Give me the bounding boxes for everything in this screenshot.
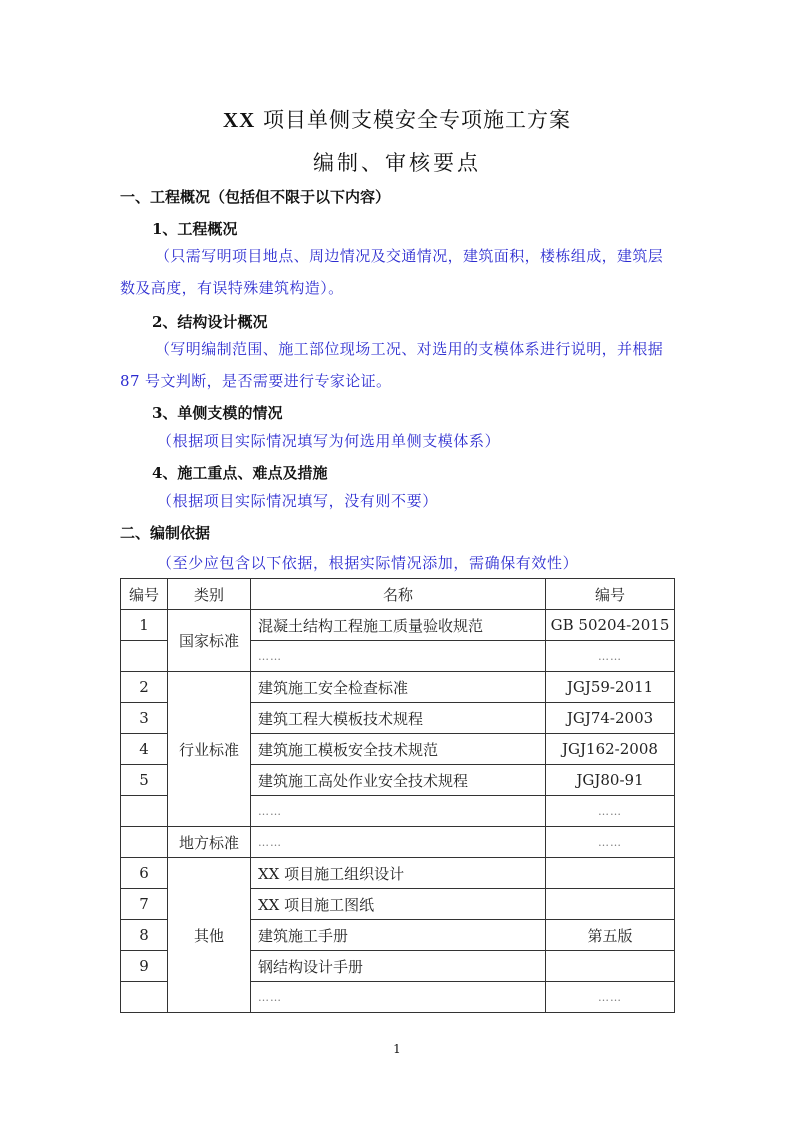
row-no: 2 bbox=[121, 672, 168, 703]
item4-note: （根据项目实际情况填写，没有则不要） bbox=[157, 490, 438, 511]
row-code: JGJ162-2008 bbox=[546, 734, 675, 765]
row-name: …… bbox=[251, 796, 546, 827]
basis-table: 编号 类别 名称 编号 1 国家标准 混凝土结构工程施工质量验收规范 GB 50… bbox=[120, 578, 675, 1013]
table-row: 6 其他 XX 项目施工组织设计 bbox=[121, 858, 675, 889]
row-no: 7 bbox=[121, 889, 168, 920]
row-code: 第五版 bbox=[546, 920, 675, 951]
item3-heading: 3、单侧支模的情况 bbox=[152, 402, 282, 423]
document-subtitle: 编制、审核要点 bbox=[0, 147, 794, 177]
row-name: …… bbox=[251, 982, 546, 1013]
row-no: 3 bbox=[121, 703, 168, 734]
row-code bbox=[546, 951, 675, 982]
row-no: 4 bbox=[121, 734, 168, 765]
table-row: 1 国家标准 混凝土结构工程施工质量验收规范 GB 50204-2015 bbox=[121, 610, 675, 641]
title-prefix: XX bbox=[223, 108, 255, 132]
row-name: 混凝土结构工程施工质量验收规范 bbox=[251, 610, 546, 641]
table-row: 2 行业标准 建筑施工安全检查标准 JGJ59-2011 bbox=[121, 672, 675, 703]
row-no: 8 bbox=[121, 920, 168, 951]
table-header-row: 编号 类别 名称 编号 bbox=[121, 579, 675, 610]
row-name: 建筑施工安全检查标准 bbox=[251, 672, 546, 703]
item2-note: （写明编制范围、施工部位现场工况、对选用的支模体系进行说明，并根据87 号文判断… bbox=[120, 333, 676, 397]
page-number: 1 bbox=[0, 1042, 794, 1056]
row-code: JGJ80-91 bbox=[546, 765, 675, 796]
item1-note: （只需写明项目地点、周边情况及交通情况，建筑面积，楼栋组成，建筑层数及高度，有误… bbox=[120, 240, 676, 304]
item2-heading: 2、结构设计概况 bbox=[152, 311, 267, 332]
header-category: 类别 bbox=[168, 579, 251, 610]
row-code: …… bbox=[546, 796, 675, 827]
row-name: XX 项目施工图纸 bbox=[251, 889, 546, 920]
document-title: XX 项目单侧支模安全专项施工方案 bbox=[0, 104, 794, 134]
row-code bbox=[546, 889, 675, 920]
row-no: 6 bbox=[121, 858, 168, 889]
row-name: 建筑施工模板安全技术规范 bbox=[251, 734, 546, 765]
row-no bbox=[121, 796, 168, 827]
row-code: …… bbox=[546, 641, 675, 672]
section2-heading: 二、编制依据 bbox=[120, 522, 210, 543]
row-code: JGJ74-2003 bbox=[546, 703, 675, 734]
header-name: 名称 bbox=[251, 579, 546, 610]
item1-heading: 1、工程概况 bbox=[152, 218, 237, 239]
header-no: 编号 bbox=[121, 579, 168, 610]
section2-note: （至少应包含以下依据，根据实际情况添加，需确保有效性） bbox=[157, 552, 578, 573]
row-code: …… bbox=[546, 827, 675, 858]
section1-heading: 一、工程概况（包括但不限于以下内容） bbox=[120, 186, 390, 207]
row-name: XX 项目施工组织设计 bbox=[251, 858, 546, 889]
row-code bbox=[546, 858, 675, 889]
row-no bbox=[121, 827, 168, 858]
row-code: …… bbox=[546, 982, 675, 1013]
row-name: 建筑工程大模板技术规程 bbox=[251, 703, 546, 734]
category-industry: 行业标准 bbox=[168, 672, 251, 827]
row-name: 建筑施工手册 bbox=[251, 920, 546, 951]
row-no: 1 bbox=[121, 610, 168, 641]
row-no: 5 bbox=[121, 765, 168, 796]
row-no: 9 bbox=[121, 951, 168, 982]
title-text: 项目单侧支模安全专项施工方案 bbox=[255, 108, 571, 132]
header-code: 编号 bbox=[546, 579, 675, 610]
row-no bbox=[121, 641, 168, 672]
row-code: JGJ59-2011 bbox=[546, 672, 675, 703]
row-no bbox=[121, 982, 168, 1013]
row-code: GB 50204-2015 bbox=[546, 610, 675, 641]
row-name: 建筑施工高处作业安全技术规程 bbox=[251, 765, 546, 796]
item4-heading: 4、施工重点、难点及措施 bbox=[152, 462, 327, 483]
category-national: 国家标准 bbox=[168, 610, 251, 672]
item3-note: （根据项目实际情况填写为何选用单侧支模体系） bbox=[157, 430, 500, 451]
table-row: 地方标准 …… …… bbox=[121, 827, 675, 858]
category-other: 其他 bbox=[168, 858, 251, 1013]
category-local: 地方标准 bbox=[168, 827, 251, 858]
row-name: …… bbox=[251, 641, 546, 672]
row-name: 钢结构设计手册 bbox=[251, 951, 546, 982]
row-name: …… bbox=[251, 827, 546, 858]
